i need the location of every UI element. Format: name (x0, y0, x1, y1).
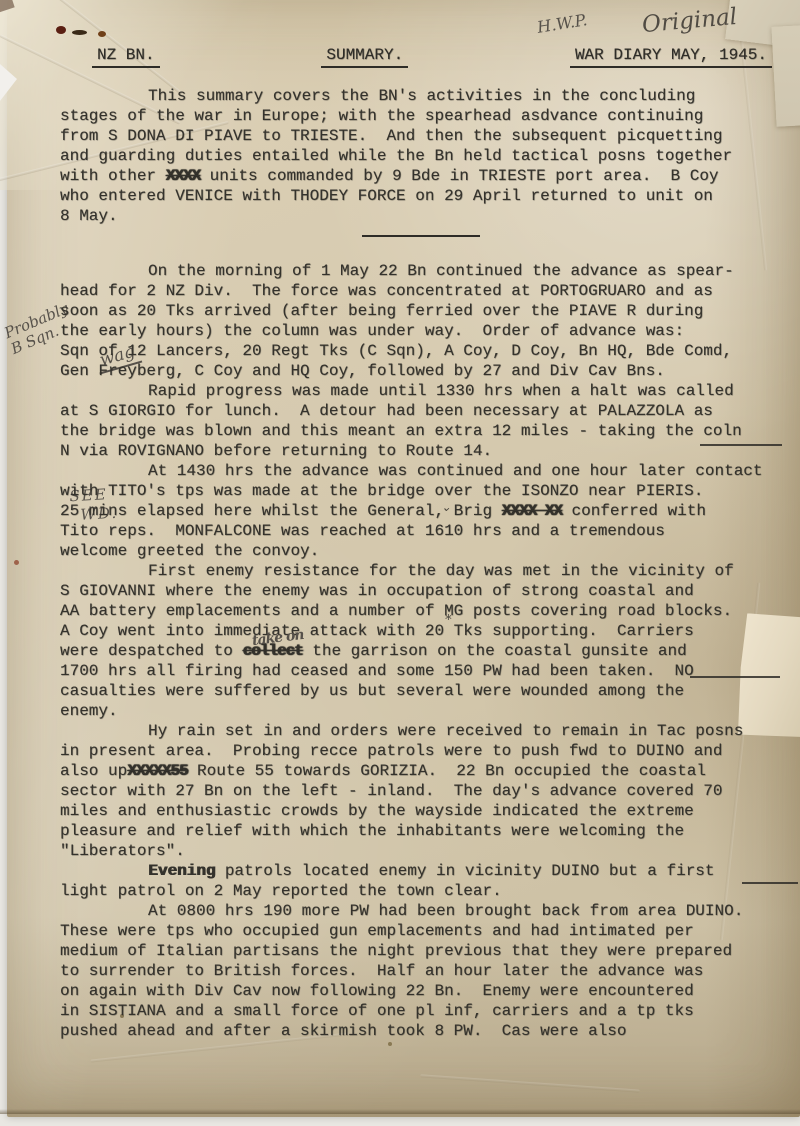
text-line: stages of the war in Europe; with the sp… (60, 106, 776, 126)
section-break (60, 235, 776, 261)
text-line: A Coy went into immediate attack with 20… (60, 621, 776, 641)
ink-speck (72, 30, 87, 35)
text-line: welcome greeted the convoy. (60, 541, 776, 561)
struck-out-text: XXXX (166, 167, 200, 185)
text-line: also upXXXXX55 Route 55 towards GORIZIA.… (60, 761, 776, 781)
document-header: NZ BN. SUMMARY. WAR DIARY MAY, 1945. (60, 46, 772, 68)
text-line: Gen Freyberg, C Coy and HQ Coy, followed… (60, 361, 776, 381)
document-body: This summary covers the BN's activities … (60, 86, 776, 1041)
text-line: "Liberators". (60, 841, 776, 861)
text-line: light patrol on 2 May reported the town … (60, 881, 776, 901)
text-line: the bridge was blown and this meant an e… (60, 421, 776, 441)
text-line: in SISTIANA and a small force of one pl … (60, 1001, 776, 1021)
text-line: First enemy resistance for the day was m… (60, 561, 776, 581)
text-line: 8 May. (60, 206, 776, 226)
text-line: the early hours) the column was under wa… (60, 321, 776, 341)
text-line: 1700 hrs all firing had ceased and some … (60, 661, 776, 681)
struck-out-text: XXXXX55 (127, 762, 187, 780)
struck-out-text: XXXX XX (502, 502, 562, 520)
text-line: pushed ahead and after a skirmish took 8… (60, 1021, 776, 1041)
text-line: sector with 27 Bn on the left - inland. … (60, 781, 776, 801)
text-segment: with other (60, 167, 166, 185)
text-segment: Tks supporting. Carriers (444, 622, 694, 640)
text-line: soon as 20 Tks arrived (after being ferr… (60, 301, 776, 321)
text-line: Rapid progress was made until 1330 hrs w… (60, 381, 776, 401)
text-segment: were despatched to (60, 642, 242, 660)
text-line: miles and enthusiastic crowds by the way… (60, 801, 776, 821)
scanned-document-photo: H.W.P. Original Probably B Sqn. wag SEE … (0, 0, 800, 1126)
text-line: casualties were suffered by us but sever… (60, 681, 776, 701)
text-line: On the morning of 1 May 22 Bn continued … (60, 261, 776, 281)
ink-speck (14, 560, 19, 565)
text-line: Tito reps. MONFALCONE was reached at 161… (60, 521, 776, 541)
text-segment: units commanded by 9 Bde in TRIESTE port… (200, 167, 718, 185)
text-segment: patrols located enemy in vicinity DUINO … (215, 862, 714, 880)
text-line: N via ROVIGNANO before returning to Rout… (60, 441, 776, 461)
text-line: and guarding duties entailed while the B… (60, 146, 776, 166)
text-segment: Brig (444, 502, 502, 520)
text-line: in present area. Probing recce patrols w… (60, 741, 776, 761)
text-line: pleasure and relief with which the inhab… (60, 821, 776, 841)
text-line: 25 mins elapsed here whilst the General,… (60, 501, 776, 521)
text-line: on again with Div Cav now following 22 B… (60, 981, 776, 1001)
text-segment: 25 mins elapsed here whilst the General, (60, 502, 444, 520)
text-line: Hy rain set in and orders were received … (60, 721, 776, 741)
text-line: medium of Italian partisans the night pr… (60, 941, 776, 961)
text-segment: the garrison on the coastal gunsite and (303, 642, 687, 660)
text-line: This summary covers the BN's activities … (60, 86, 776, 106)
text-line: were despatched to collecttake on the ga… (60, 641, 776, 661)
text-line: Evening patrols located enemy in vicinit… (60, 861, 776, 881)
ink-speck (98, 31, 106, 37)
text-line: At 0800 hrs 190 more PW had been brought… (60, 901, 776, 921)
text-line: Sqn of 12 Lancers, 20 Regt Tks (C Sqn), … (60, 341, 776, 361)
overtyped-word: Evening (148, 862, 215, 880)
text-line: These were tps who occupied gun emplacem… (60, 921, 776, 941)
text-line: from S DONA DI PIAVE to TRIESTE. And the… (60, 126, 776, 146)
text-line: to surrender to British forces. Half an … (60, 961, 776, 981)
text-segment: conferred with (562, 502, 706, 520)
backing-paper (0, 64, 17, 101)
text-line: AA battery emplacements and a number of … (60, 601, 776, 621)
text-line: head for 2 NZ Div. The force was concent… (60, 281, 776, 301)
handwritten-asterisk: * (445, 611, 452, 631)
text-segment: Route 55 towards GORIZIA. 22 Bn occupied… (187, 762, 705, 780)
header-summary-title: SUMMARY. (321, 46, 408, 68)
text-segment: also up (60, 762, 127, 780)
text-line: with TITO's tps was made at the bridge o… (60, 481, 776, 501)
paper-speck (388, 1042, 392, 1046)
header-war-diary-title: WAR DIARY MAY, 1945. (570, 46, 772, 68)
text-line: with other XXXX units commanded by 9 Bde… (60, 166, 776, 186)
ink-speck (56, 26, 66, 34)
handwritten-caret: ⌄ (440, 497, 451, 518)
bottom-edge-shadow (0, 1109, 800, 1114)
struck-out-text: collecttake on (242, 642, 302, 660)
text-line: S GIOVANNI where the enemy was in occupa… (60, 581, 776, 601)
header-unit-title: NZ BN. (92, 46, 160, 68)
text-line: at S GIORGIO for lunch. A detour had bee… (60, 401, 776, 421)
section-divider (362, 235, 480, 237)
text-line: enemy. (60, 701, 776, 721)
text-line: At 1430 hrs the advance was continued an… (60, 461, 776, 481)
text-line: who entered VENICE with THODEY FORCE on … (60, 186, 776, 206)
